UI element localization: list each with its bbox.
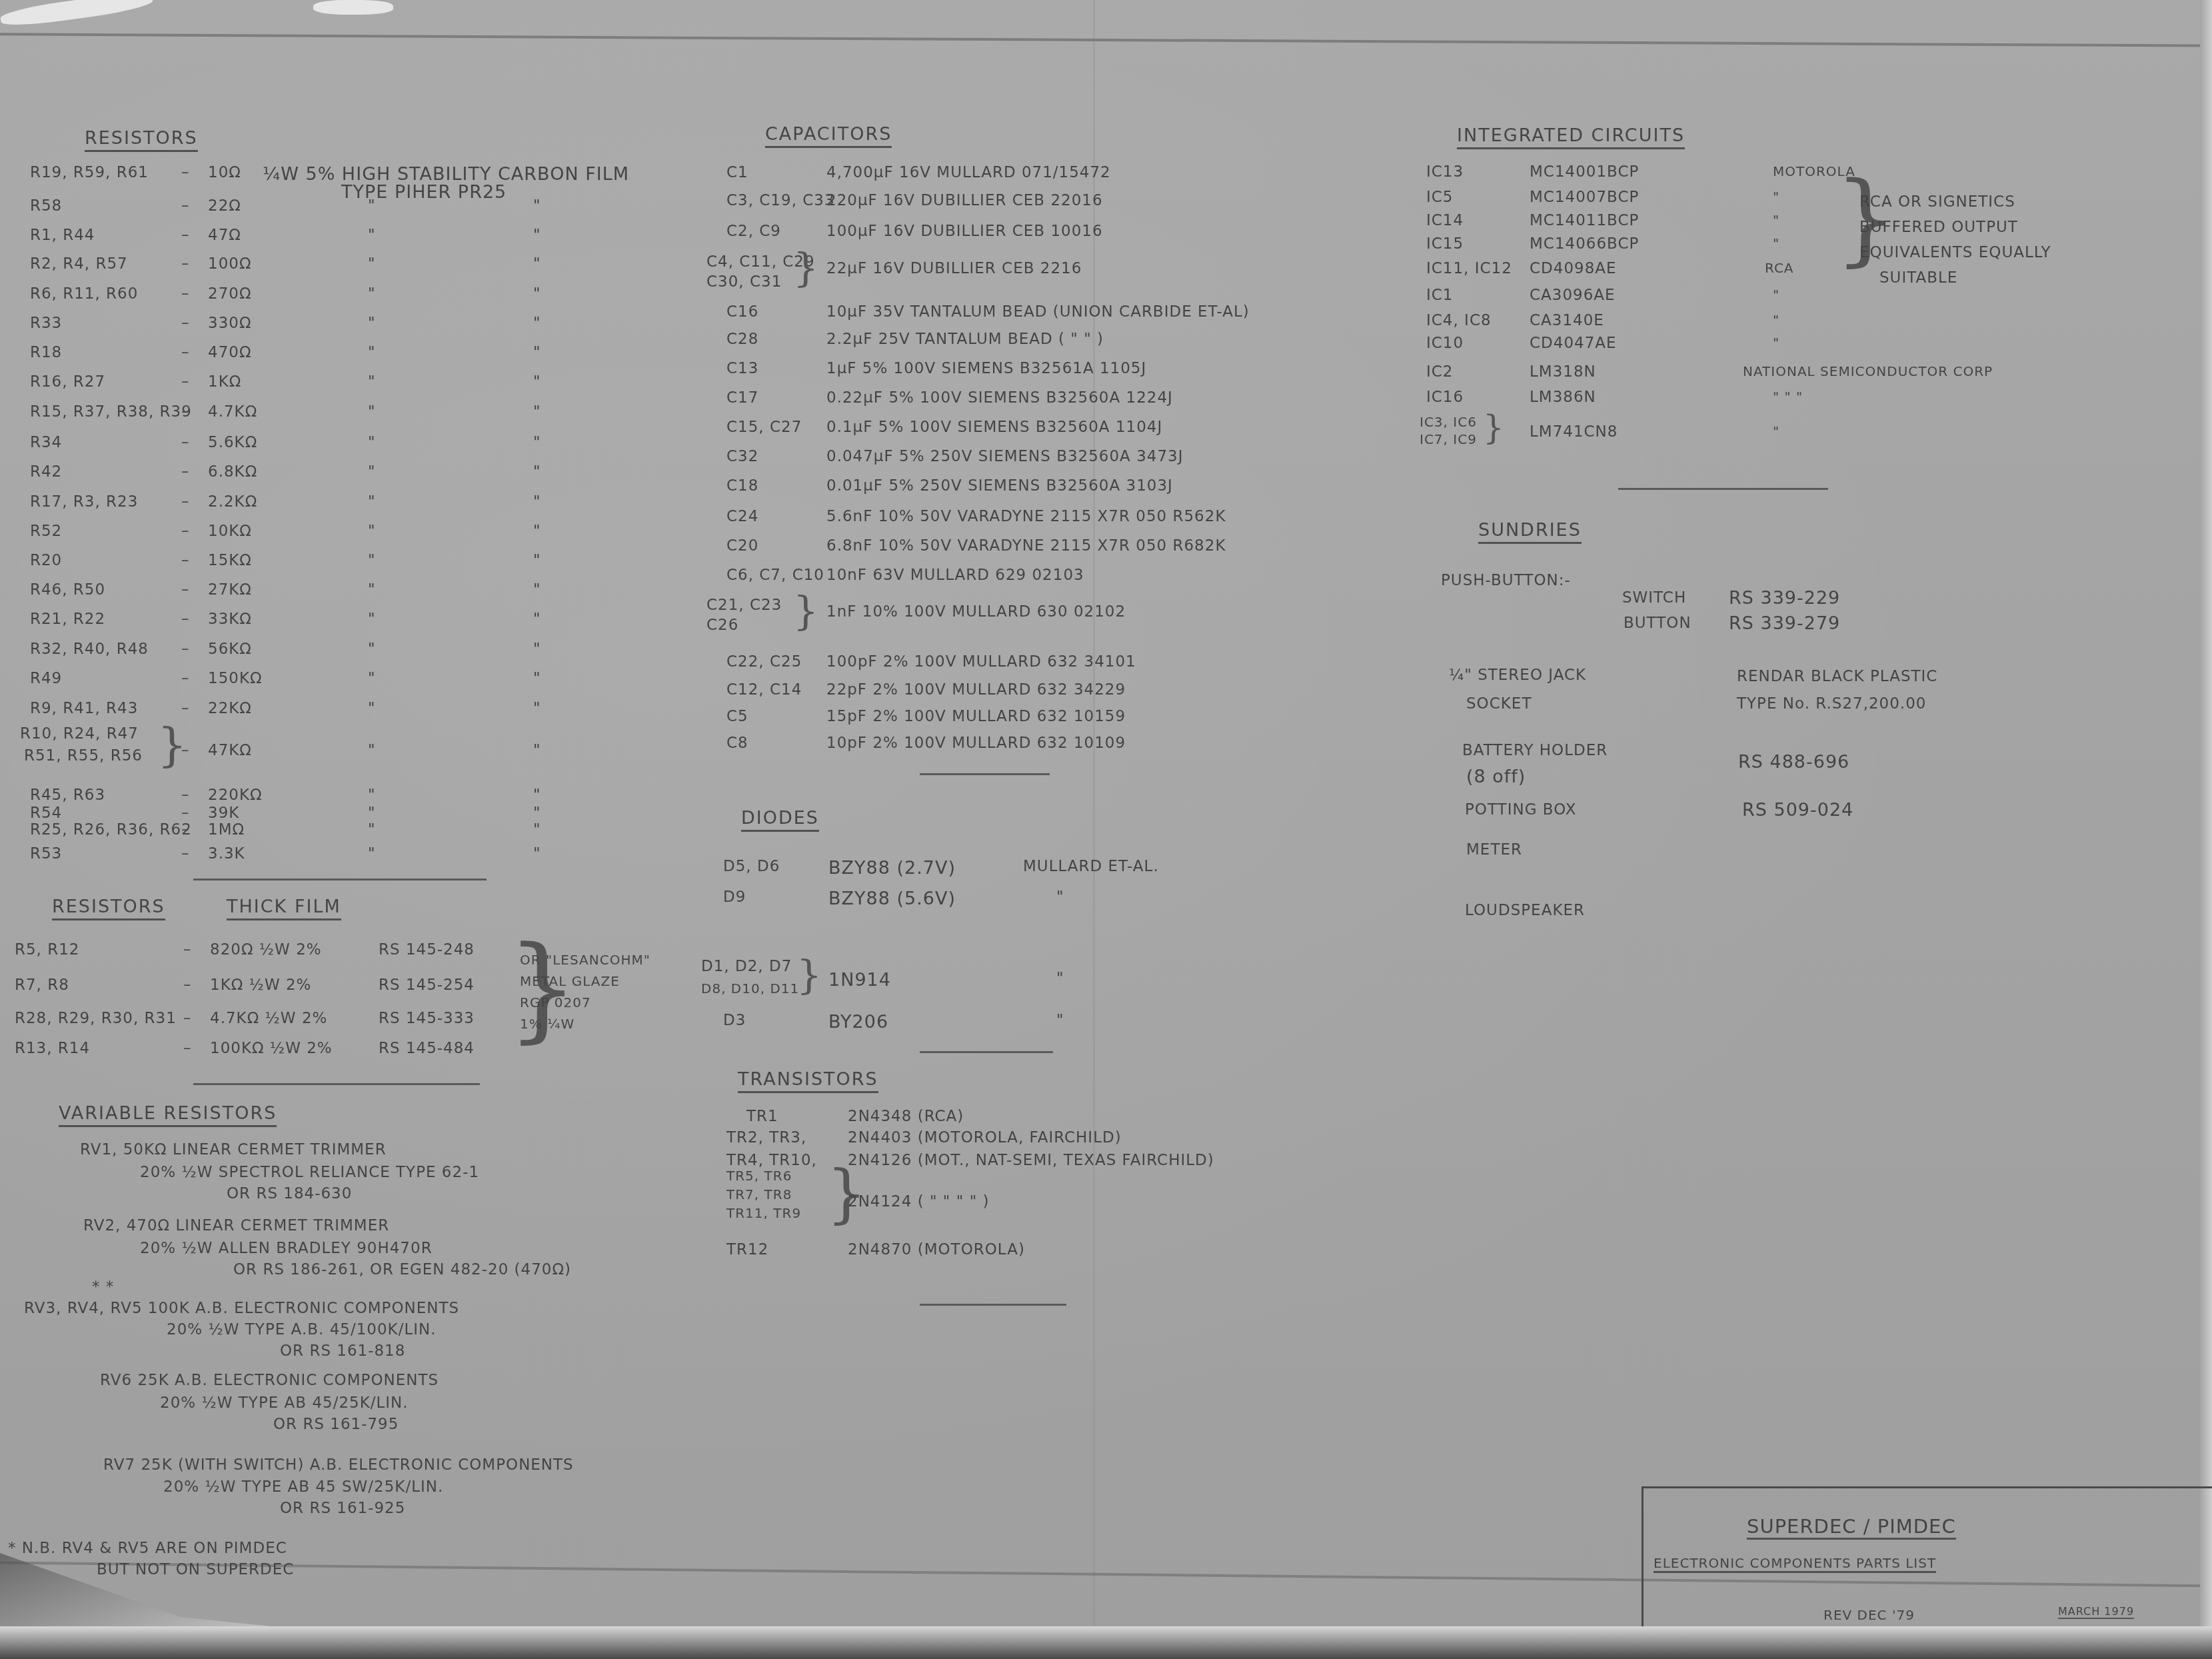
resistor-dash: – [181,611,190,628]
meter-label: METER [1466,841,1522,858]
ic-maker: " " " [1773,389,1803,405]
fold-line-top [0,33,2212,47]
resistor-dash: – [181,344,190,361]
capacitor-desc: 5.6nF 10% 50V VARADYNE 2115 X7R 050 R562… [826,508,1226,525]
resistor-value: 27KΩ [208,581,252,599]
resistor-dash: – [181,523,190,540]
resistor-value: 220KΩ [208,787,263,804]
ditto-mark: " [533,742,541,759]
capacitor-desc: 4,700µF 16V MULLARD 071/15472 [826,164,1111,181]
transistors-divider [920,1304,1066,1306]
diodes-heading: DIODES [741,808,819,832]
resistor-ref: R10, R24, R47 [20,725,139,743]
resistor-ref: R42 [30,463,62,481]
jack-desc-line2: TYPE No. R.S27,200.00 [1737,695,1926,713]
ic-part: CA3096AE [1530,287,1616,304]
ic-ref: IC1 [1426,287,1453,304]
resistor-ref: R1, R44 [30,227,95,244]
ditto-mark: " [533,821,541,838]
transistor-ref: TR11, TR9 [726,1205,801,1221]
diode-ref: D5, D6 [723,858,780,875]
diode-maker: " [1056,1012,1064,1029]
transistor-part: 2N4870 (MOTOROLA) [848,1241,1025,1258]
thick-film-note-line: METAL GLAZE [520,973,620,989]
title-block: SUPERDEC / PIMDEC ELECTRONIC COMPONENTS … [1642,1486,2212,1642]
capacitor-ref: C30, C31 [706,273,782,291]
ic-maker: " [1773,312,1779,328]
diode-ref: D1, D2, D7 [701,958,792,975]
resistor-ref: R16, R27 [30,373,105,391]
resistor-value: 39K [208,805,239,822]
resistor-ref: R15, R37, R38, R39 [30,403,192,421]
transistor-part: 2N4126 (MOT., NAT-SEMI, TEXAS FAIRCHILD) [848,1152,1214,1169]
resistor-ref: R25, R26, R36, R62 [30,821,192,838]
capacitor-ref: C12, C14 [726,681,802,699]
thick-film-note-line: OR "LESANCOHM" [520,952,650,968]
potting-box-part: RS 509-024 [1742,800,1853,821]
thick-film-value: 1KΩ ½W 2% [210,976,311,994]
fold-line-vertical [1093,0,1095,1659]
resistor-value: 22Ω [208,197,241,215]
capacitor-desc: 0.01µF 5% 250V SIEMENS B32560A 3103J [826,477,1173,495]
resistor-ref: R34 [30,434,62,451]
transistor-ref: TR2, TR3, [726,1129,806,1146]
resistor-ref: R33 [30,315,62,332]
resistor-dash: – [181,493,190,511]
capacitor-desc: 6.8nF 10% 50V VARADYNE 2115 X7R 050 R682… [826,537,1226,555]
resistor-dash: – [181,552,190,569]
capacitor-ref: C13 [726,360,758,377]
ditto-mark: " [533,285,541,303]
ic-note-line: BUFFERED OUTPUT [1859,219,2018,236]
variable-resistor-line: 20% ½W ALLEN BRADLEY 90H470R [140,1240,433,1257]
variable-resistor-line: RV7 25K (WITH SWITCH) A.B. ELECTRONIC CO… [103,1456,574,1474]
resistor-ref: R51, R55, R56 [24,747,143,765]
thick-film-ref: R7, R8 [15,976,69,994]
resistor-spec-line2: TYPE PIHER PR25 [341,182,507,203]
resistor-dash: – [181,670,190,687]
thick-film-ref: R28, R29, R30, R31 [15,1010,177,1027]
capacitor-desc: 220µF 16V DUBILLIER CEB 22016 [826,192,1103,209]
thick-film-note-line: RGP 0207 [520,994,591,1010]
ic-part: MC14001BCP [1530,163,1639,181]
ic-part: CD4047AE [1530,335,1617,352]
resistor-ref: R21, R22 [30,611,105,628]
resistors-divider [193,878,487,880]
ditto-mark: " [368,523,376,540]
transistor-ref: TR4, TR10, [726,1152,817,1169]
ic-maker: " [1773,335,1779,351]
resistor-value: 15KΩ [208,552,252,569]
variable-resistor-line: RV6 25K A.B. ELECTRONIC COMPONENTS [100,1372,439,1389]
thick-film-note-line: 1% ¼W [520,1016,574,1032]
tape-piece-right [313,0,393,15]
resistors-heading: RESISTORS [85,128,198,152]
diode-ref: D9 [723,888,746,906]
transistor-ref: TR1 [746,1108,778,1125]
ditto-mark: " [368,493,376,511]
capacitor-desc: 0.22µF 5% 100V SIEMENS B32560A 1224J [826,389,1173,407]
resistor-dash: – [181,821,190,838]
capacitor-ref: C26 [706,617,738,634]
thick-film-part: RS 145-254 [379,976,475,994]
variable-resistor-line: OR RS 184-630 [227,1185,352,1202]
ditto-mark: " [533,463,541,481]
capacitor-desc: 1nF 10% 100V MULLARD 630 02102 [826,603,1126,621]
ic-ref: IC2 [1426,363,1453,381]
diode-part: BZY88 (5.6V) [828,888,956,909]
ditto-mark: " [368,641,376,658]
resistor-ref: R20 [30,552,62,569]
resistor-ref: R18 [30,344,62,361]
resistor-dash: – [181,787,190,804]
ic-part: CA3140E [1530,312,1604,329]
document-subtitle: ELECTRONIC COMPONENTS PARTS LIST [1654,1555,1936,1573]
ditto-mark: " [368,227,376,244]
ditto-mark: " [533,787,541,804]
ditto-mark: " [368,552,376,569]
ditto-mark: " [368,434,376,451]
resistor-ref: R58 [30,197,62,215]
variable-resistors-heading: VARIABLE RESISTORS [59,1103,277,1127]
resistor-ref: R9, R41, R43 [30,700,138,717]
diode-maker: " [1056,970,1064,987]
thick-film-dash: – [183,941,192,958]
variable-resistor-line: RV3, RV4, RV5 100K A.B. ELECTRONIC COMPO… [24,1300,459,1317]
document-title: SUPERDEC / PIMDEC [1747,1515,1956,1540]
resistor-ref: R2, R4, R57 [30,255,128,273]
ditto-mark: " [533,700,541,717]
resistor-ref: R54 [30,805,62,822]
ic-note-line: EQUIVALENTS EQUALLY [1859,244,2051,261]
revision-label: REV DEC '79 [1823,1607,1915,1623]
ditto-mark: " [533,434,541,451]
ditto-mark: " [533,227,541,244]
ditto-mark: " [368,344,376,361]
resistor-ref: R17, R3, R23 [30,493,138,511]
ditto-mark: " [368,197,376,215]
thick-film-part: RS 145-333 [379,1010,475,1027]
diode-ref-brace: } [796,955,822,995]
resistor-value: 10Ω [208,164,241,181]
capacitor-ref: C24 [726,508,758,525]
capacitor-ref: C8 [726,735,748,752]
ic-ref: IC16 [1426,389,1464,406]
thick-film-heading: RESISTORS [52,896,165,920]
resistor-dash: – [181,197,190,215]
ditto-mark: " [368,403,376,421]
ditto-mark: " [533,670,541,687]
resistor-ref: R52 [30,523,62,540]
capacitor-desc: 0.1µF 5% 100V SIEMENS B32560A 1104J [826,419,1162,436]
resistor-dash: – [181,845,190,862]
resistor-dash: – [181,227,190,244]
capacitor-ref-brace: } [793,248,818,288]
diode-ref: D8, D10, D11 [701,980,799,996]
ic-maker: " [1773,212,1779,228]
transistor-ref: TR5, TR6 [726,1168,792,1184]
thick-film-divider [193,1083,480,1085]
ditto-mark: " [533,344,541,361]
push-button-label: PUSH-BUTTON:- [1441,572,1571,589]
thick-film-value: 4.7KΩ ½W 2% [210,1010,327,1027]
ic-ref: IC15 [1426,235,1464,253]
ditto-mark: " [533,315,541,332]
ic-maker: RCA [1765,260,1794,276]
ic-maker: " [1773,235,1779,251]
capacitors-divider [920,773,1050,775]
variable-resistor-line: 20% ½W TYPE A.B. 45/100K/LIN. [167,1321,437,1338]
button-label: BUTTON [1624,615,1691,632]
thick-film-part: RS 145-484 [379,1040,475,1057]
capacitor-desc: 2.2µF 25V TANTALUM BEAD ( " " ) [826,331,1104,348]
ic-ref-brace: } [1483,411,1504,445]
ic-ref: IC10 [1426,335,1464,352]
battery-label-line2: (8 off) [1466,767,1526,787]
resistor-value: 47Ω [208,227,241,244]
ditto-mark: " [533,523,541,540]
switch-part: RS 339-229 [1729,588,1840,609]
parts-list-sheet: RESISTORS ¼W 5% HIGH STABILITY CARBON FI… [0,0,2212,1659]
thick-film-ref: R13, R14 [15,1040,90,1057]
ic-note-line: SUITABLE [1879,269,1957,287]
ditto-mark: " [533,493,541,511]
capacitor-ref-brace: } [793,591,818,631]
resistor-dash: – [181,285,190,303]
resistor-ref: R49 [30,670,62,687]
ditto-mark: " [533,805,541,822]
resistor-dash: – [181,641,190,658]
capacitor-desc: 10pF 2% 100V MULLARD 632 10109 [826,735,1126,752]
thick-film-heading2: THICK FILM [227,896,341,920]
resistor-ref: R46, R50 [30,581,105,599]
ditto-mark: " [368,255,376,273]
ic-ref: IC5 [1426,189,1453,206]
ic-part: LM318N [1530,363,1596,381]
variable-resistor-line: RV1, 50KΩ LINEAR CERMET TRIMMER [80,1141,387,1158]
capacitor-desc: 10nF 63V MULLARD 629 02103 [826,567,1084,584]
ic-maker: " [1773,287,1779,303]
sundries-heading: SUNDRIES [1478,520,1582,544]
potting-box-label: POTTING BOX [1465,801,1577,819]
resistor-value: 270Ω [208,285,251,303]
capacitor-desc: 100pF 2% 100V MULLARD 632 34101 [826,653,1136,671]
ditto-mark: " [368,611,376,628]
variable-resistor-line: OR RS 161-818 [280,1342,405,1360]
capacitor-ref: C6, C7, C10 [726,567,824,584]
capacitor-desc: 100µF 16V DUBILLIER CEB 10016 [826,223,1103,240]
jack-label-line1: ¼" STEREO JACK [1449,667,1586,684]
resistor-dash: – [181,164,190,181]
battery-label-line1: BATTERY HOLDER [1462,742,1608,759]
issue-date: MARCH 1979 [2058,1605,2134,1619]
ic-heading: INTEGRATED CIRCUITS [1457,125,1685,149]
diode-maker: MULLARD ET-AL. [1023,858,1159,875]
capacitor-desc: 22µF 16V DUBILLIER CEB 2216 [826,260,1082,277]
transistor-part: 2N4124 ( " " " " ) [848,1193,990,1210]
ditto-mark: " [368,700,376,717]
diodes-divider [920,1051,1053,1053]
diode-part: BZY88 (2.7V) [828,858,956,878]
capacitors-heading: CAPACITORS [765,124,892,148]
transistor-ref: TR7, TR8 [726,1186,792,1202]
loudspeaker-label: LOUDSPEAKER [1465,902,1585,919]
resistor-dash: – [181,742,190,759]
variable-resistor-line: RV2, 470Ω LINEAR CERMET TRIMMER [83,1217,389,1234]
resistor-value: 150KΩ [208,670,263,687]
ic-part: MC14011BCP [1530,212,1639,229]
variable-resistor-line: OR RS 161-925 [280,1500,405,1517]
resistor-value: 4.7KΩ [208,403,257,421]
resistor-dash: – [181,434,190,451]
resistor-value: 1MΩ [208,821,245,838]
resistor-value: 6.8KΩ [208,463,257,481]
capacitor-ref: C2, C9 [726,223,781,240]
resistor-value: 22KΩ [208,700,252,717]
ic-part: MC14007BCP [1530,189,1639,206]
capacitor-desc: 10µF 35V TANTALUM BEAD (UNION CARBIDE ET… [826,303,1250,321]
resistor-dash: – [181,463,190,481]
ditto-mark: " [368,315,376,332]
capacitor-ref: C17 [726,389,758,407]
capacitor-ref: C18 [726,477,758,495]
capacitor-ref: C5 [726,708,748,725]
thick-film-ref: R5, R12 [15,941,79,958]
ic-note-line: RCA OR SIGNETICS [1859,193,2015,211]
capacitor-desc: 15pF 2% 100V MULLARD 632 10159 [826,708,1126,725]
asterisk-marks: * * [92,1278,114,1296]
variable-resistor-line: 20% ½W TYPE AB 45 SW/25K/LIN. [163,1478,443,1496]
ditto-mark: " [533,552,541,569]
resistor-dash: – [181,255,190,273]
footnote-line1: * N.B. RV4 & RV5 ARE ON PIMDEC [8,1540,287,1557]
transistors-heading: TRANSISTORS [738,1069,878,1093]
resistor-ref: R32, R40, R48 [30,641,149,658]
capacitor-desc: 22pF 2% 100V MULLARD 632 34229 [826,681,1126,699]
ic-divider [1618,488,1828,490]
ic-maker: NATIONAL SEMICONDUCTOR CORP [1743,363,1993,379]
ditto-mark: " [368,285,376,303]
resistor-dash: – [181,373,190,391]
resistor-ref: R6, R11, R60 [30,285,138,303]
ditto-mark: " [368,373,376,391]
ditto-mark: " [368,805,376,822]
transistor-ref: TR12 [726,1241,768,1258]
resistor-value: 56KΩ [208,641,252,658]
desk-surface [0,1626,2212,1659]
ditto-mark: " [368,670,376,687]
ditto-mark: " [368,821,376,838]
ic-maker: MOTOROLA [1773,163,1855,179]
battery-part: RS 488-696 [1738,752,1849,773]
button-part: RS 339-279 [1729,613,1840,634]
ic-maker: " [1773,423,1779,439]
ic-part: MC14066BCP [1530,235,1639,253]
capacitor-desc: 0.047µF 5% 250V SIEMENS B32560A 3473J [826,448,1183,465]
resistor-ref: R53 [30,845,62,862]
ditto-mark: " [533,403,541,421]
ditto-mark: " [368,845,376,862]
resistor-value: 2.2KΩ [208,493,257,511]
diode-part: BY206 [828,1012,888,1032]
ic-maker: " [1773,189,1779,205]
thick-film-value: 820Ω ½W 2% [210,941,322,958]
ic-ref: IC3, IC6 [1420,414,1477,430]
ditto-mark: " [368,463,376,481]
ic-ref: IC13 [1426,163,1464,181]
ic-ref: IC7, IC9 [1420,431,1477,447]
ditto-mark: " [533,373,541,391]
ditto-mark: " [533,611,541,628]
paper-edge-right [2200,0,2212,1659]
capacitor-ref: C21, C23 [706,597,782,614]
ic-ref: IC4, IC8 [1426,312,1492,329]
resistor-dash: – [181,700,190,717]
diode-part: 1N914 [828,970,891,990]
thick-film-value: 100KΩ ½W 2% [210,1040,333,1057]
jack-label-line2: SOCKET [1466,695,1532,713]
jack-desc-line1: RENDAR BLACK PLASTIC [1737,668,1937,685]
capacitor-ref: C16 [726,303,758,321]
resistor-dash: – [181,315,190,332]
resistor-ref: R45, R63 [30,787,105,804]
ditto-mark: " [533,641,541,658]
resistor-value: 100Ω [208,255,251,273]
capacitor-ref: C1 [726,164,748,181]
ditto-mark: " [533,845,541,862]
ditto-mark: " [368,787,376,804]
ditto-mark: " [533,581,541,599]
resistor-value: 3.3K [208,845,245,862]
resistor-value: 33KΩ [208,611,252,628]
variable-resistor-line: OR RS 161-795 [273,1416,399,1433]
thick-film-dash: – [183,1040,192,1057]
footnote-line2: BUT NOT ON SUPERDEC [97,1561,294,1578]
thick-film-dash: – [183,976,192,994]
ic-part: LM741CN8 [1530,423,1618,441]
resistor-value: 330Ω [208,315,251,332]
capacitor-ref: C15, C27 [726,419,802,436]
ic-part: CD4098AE [1530,260,1617,277]
switch-label: SWITCH [1622,589,1686,607]
capacitor-desc: 1µF 5% 100V SIEMENS B32561A 1105J [826,360,1146,377]
ditto-mark: " [533,255,541,273]
resistor-dash: – [181,403,190,421]
diode-ref: D3 [723,1012,746,1029]
variable-resistor-line: 20% ½W SPECTROL RELIANCE TYPE 62-1 [140,1164,479,1181]
capacitor-ref: C22, C25 [726,653,802,671]
variable-resistor-line: 20% ½W TYPE AB 45/25K/LIN. [160,1394,409,1412]
resistor-dash: – [181,581,190,599]
resistor-value: 47KΩ [208,742,252,759]
ic-ref: IC11, IC12 [1426,260,1512,277]
ditto-mark: " [533,197,541,215]
diode-maker: " [1056,888,1064,906]
transistor-part: 2N4403 (MOTOROLA, FAIRCHILD) [848,1129,1122,1146]
ditto-mark: " [368,742,376,759]
capacitor-ref: C3, C19, C33 [726,192,835,209]
capacitor-ref: C28 [726,331,758,348]
transistor-part: 2N4348 (RCA) [848,1108,964,1125]
tape-piece-left [0,0,154,29]
ic-part: LM386N [1530,389,1596,406]
resistor-value: 5.6KΩ [208,434,257,451]
capacitor-ref: C32 [726,448,758,465]
resistor-value: 1KΩ [208,373,241,391]
capacitor-ref: C20 [726,537,758,555]
resistor-value: 470Ω [208,344,251,361]
thick-film-dash: – [183,1010,192,1027]
